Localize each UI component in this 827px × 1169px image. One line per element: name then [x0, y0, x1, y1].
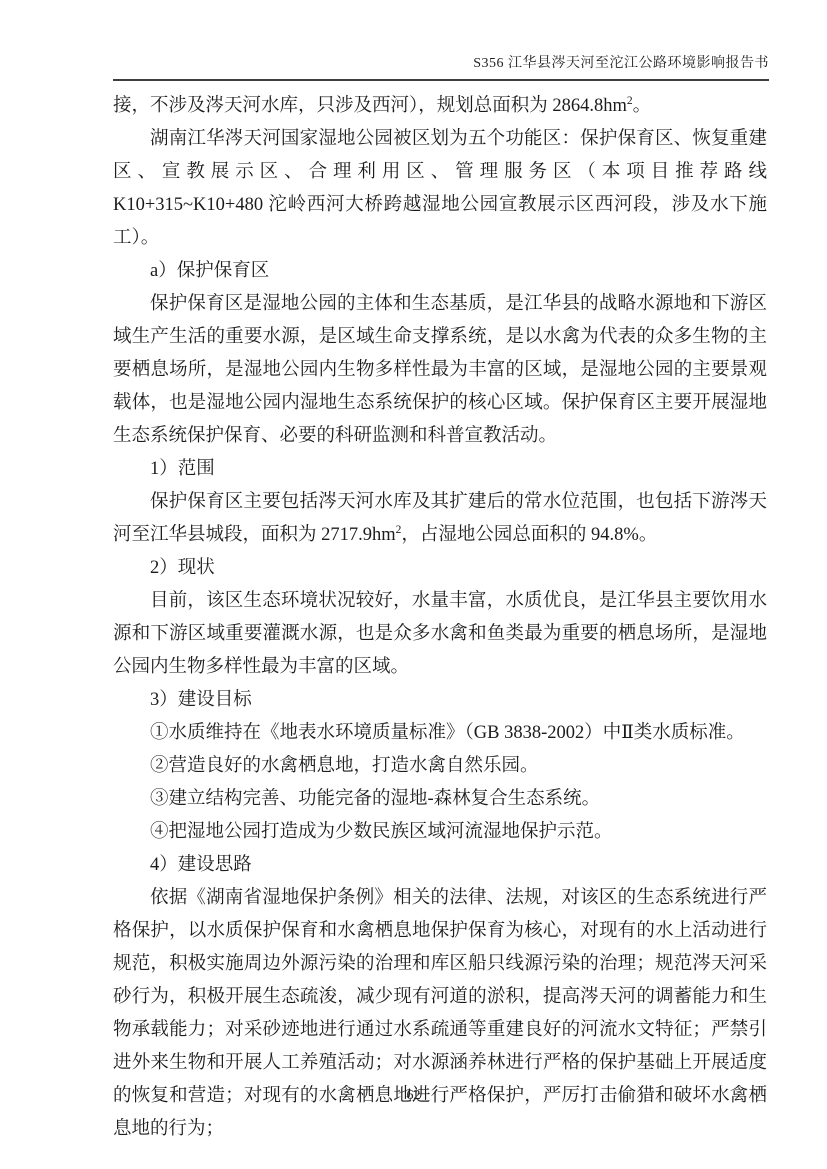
paragraph: 保护保育区主要包括涔天河水库及其扩建后的常水位范围，也包括下游涔天河至江华县城段…: [113, 486, 767, 552]
document-body: 接，不涉及涔天河水库，只涉及西河），规划总面积为 2864.8hm2。湖南江华涔…: [113, 90, 767, 1146]
text-run: ②营造良好的水禽栖息地，打造水禽自然乐园。: [150, 756, 539, 776]
text-run: a）保护保育区: [150, 261, 269, 281]
text-run: 保护保育区是湿地公园的主体和生态基质，是江华县的战略水源地和下游区域生产生活的重…: [113, 294, 767, 446]
paragraph: 1）范围: [113, 453, 767, 486]
text-run: 2）现状: [150, 558, 215, 578]
text-run: 接，不涉及涔天河水库，只涉及西河），规划总面积为 2864.8hm: [113, 96, 627, 116]
paragraph: 接，不涉及涔天河水库，只涉及西河），规划总面积为 2864.8hm2。: [113, 90, 767, 123]
paragraph: 2）现状: [113, 552, 767, 585]
text-run: ①水质维持在《地表水环境质量标准》（GB 3838-2002）中Ⅱ类水质标准。: [150, 723, 745, 743]
paragraph: 保护保育区是湿地公园的主体和生态基质，是江华县的战略水源地和下游区域生产生活的重…: [113, 288, 767, 453]
paragraph: ③建立结构完善、功能完备的湿地-森林复合生态系统。: [113, 783, 767, 816]
paragraph: a）保护保育区: [113, 255, 767, 288]
text-run: 1）范围: [150, 459, 215, 479]
text-run: ④把湿地公园打造成为少数民族区域河流湿地保护示范。: [150, 822, 613, 842]
text-run: 目前，该区生态环境状况较好，水量丰富，水质优良，是江华县主要饮用水源和下游区域重…: [113, 591, 767, 677]
paragraph: 湖南江华涔天河国家湿地公园被区划为五个功能区：保护保育区、恢复重建区、宣教展示区…: [113, 123, 767, 255]
paragraph: ①水质维持在《地表水环境质量标准》（GB 3838-2002）中Ⅱ类水质标准。: [113, 717, 767, 750]
page-header: S356 江华县涔天河至沱江公路环境影响报告书: [113, 52, 769, 81]
text-run: 3）建设目标: [150, 690, 252, 710]
document-page: S356 江华县涔天河至沱江公路环境影响报告书 接，不涉及涔天河水库，只涉及西河…: [0, 0, 827, 1169]
page-footer: 62: [0, 1088, 827, 1104]
text-run: ，占湿地公园总面积的 94.8%。: [401, 525, 657, 545]
header-title: S356 江华县涔天河至沱江公路环境影响报告书: [473, 56, 769, 71]
text-run: 4）建设思路: [150, 855, 252, 875]
page-number: 62: [407, 1088, 421, 1103]
text-run: 湖南江华涔天河国家湿地公园被区划为五个功能区：保护保育区、恢复重建区、宣教展示区…: [113, 129, 767, 248]
text-run: 。: [633, 96, 652, 116]
paragraph: 4）建设思路: [113, 849, 767, 882]
paragraph: 依据《湖南省湿地保护条例》相关的法律、法规，对该区的生态系统进行严格保护，以水质…: [113, 882, 767, 1146]
paragraph: ②营造良好的水禽栖息地，打造水禽自然乐园。: [113, 750, 767, 783]
text-run: ③建立结构完善、功能完备的湿地-森林复合生态系统。: [150, 789, 600, 809]
paragraph: ④把湿地公园打造成为少数民族区域河流湿地保护示范。: [113, 816, 767, 849]
paragraph: 3）建设目标: [113, 684, 767, 717]
paragraph: 目前，该区生态环境状况较好，水量丰富，水质优良，是江华县主要饮用水源和下游区域重…: [113, 585, 767, 684]
